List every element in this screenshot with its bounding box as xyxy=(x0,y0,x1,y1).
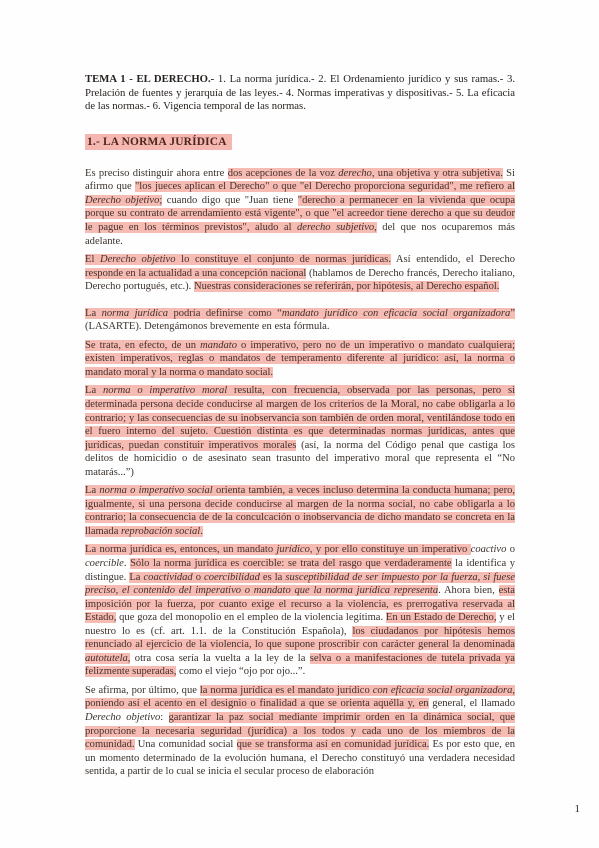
document-title: TEMA 1 - EL DERECHO.- 1. La norma jurídi… xyxy=(85,73,515,114)
highlighted-text: jurídico xyxy=(276,544,309,555)
page-number: 1 xyxy=(575,803,581,815)
highlighted-text: La xyxy=(85,308,102,319)
highlighted-text: ” xyxy=(510,308,515,319)
highlighted-text: un mandato xyxy=(223,544,277,555)
highlighted-text: La xyxy=(129,572,143,583)
highlighted-text: La norma jurídica es, entonces, xyxy=(85,544,223,555)
highlighted-text: dos acepciones de la voz xyxy=(228,168,339,179)
highlighted-text: es la xyxy=(260,572,286,583)
text-segment: general, el llamado xyxy=(429,698,515,709)
text-segment: Derecho objetivo xyxy=(85,712,160,723)
highlighted-text: derecho subjetivo xyxy=(297,222,374,233)
highlighted-text: la norma jurídica es el mandato jurídico xyxy=(200,685,373,696)
section-heading-row: 1.- LA NORMA JURÍDICA xyxy=(85,132,515,150)
highlighted-text: El xyxy=(85,254,100,265)
highlighted-text: La xyxy=(85,485,99,496)
text-segment: otra cosa sería la vuelta a la ley de la xyxy=(130,653,309,664)
highlighted-text: derecho xyxy=(338,168,372,179)
highlighted-text: Sólo la norma jurídica es coercible: se … xyxy=(130,558,452,569)
highlighted-text: En un Estado de Derecho, xyxy=(386,612,497,623)
highlighted-text: que se transforma así en comunidad juríd… xyxy=(237,739,430,750)
paragraph: La norma o imperativo social orienta tam… xyxy=(85,484,515,538)
highlighted-text: autotutela xyxy=(85,653,128,664)
text-segment: Es preciso distinguir ahora entre xyxy=(85,168,228,179)
highlighted-text: norma o imperativo social xyxy=(99,485,212,496)
document-page: TEMA 1 - EL DERECHO.- 1. La norma jurídi… xyxy=(0,0,599,848)
highlighted-text: Nuestras consideraciones se referirán, p… xyxy=(194,281,499,292)
highlighted-text: reprobación social xyxy=(121,526,200,537)
highlighted-text: podría definirse como “ xyxy=(168,308,282,319)
highlighted-text: norma jurídica xyxy=(102,308,168,319)
text-segment: cuando digo que "Juan tiene xyxy=(162,195,297,206)
highlighted-text: con eficacia social organizadora xyxy=(373,685,513,696)
highlighted-text: La xyxy=(85,385,103,396)
text-segment: (LASARTE). Detengámonos brevemente en es… xyxy=(85,321,330,332)
paragraph: El Derecho objetivo lo constituye el con… xyxy=(85,253,515,294)
text-segment: Una comunidad social xyxy=(135,739,237,750)
highlighted-text: Se trata, en efecto, de un xyxy=(85,340,200,351)
highlighted-text: Derecho objetivo xyxy=(100,254,176,265)
highlighted-text: norma o imperativo moral xyxy=(103,385,227,396)
text-segment: Se afirma, por último, que xyxy=(85,685,200,696)
text-segment: que goza del monopolio en el empleo de l… xyxy=(116,612,386,623)
text-segment: como el viejo “ojo por ojo...”. xyxy=(176,666,305,677)
paragraph: Es preciso distinguir ahora entre dos ac… xyxy=(85,167,515,248)
document-paragraphs: Es preciso distinguir ahora entre dos ac… xyxy=(85,167,515,779)
paragraph: La norma jurídica podría definirse como … xyxy=(85,307,515,334)
highlighted-text: lo constituye el conjunto de normas jurí… xyxy=(176,254,391,265)
document-content: TEMA 1 - EL DERECHO.- 1. La norma jurídi… xyxy=(85,73,515,784)
document-title-lead: TEMA 1 - EL DERECHO.- xyxy=(85,73,214,85)
text-segment: Así entendido, el Derecho xyxy=(391,254,515,265)
text-segment: : xyxy=(160,712,168,723)
highlighted-text: mandato xyxy=(200,340,237,351)
text-segment: coactivo xyxy=(471,544,507,555)
highlighted-text: o xyxy=(193,572,204,583)
highlighted-text: "los jueces aplican el Derecho" o que "e… xyxy=(135,181,515,192)
section-heading: 1.- LA NORMA JURÍDICA xyxy=(85,134,232,150)
highlighted-text: coactividad xyxy=(144,572,193,583)
paragraph: La norma jurídica es, entonces, un manda… xyxy=(85,543,515,678)
paragraph: Se afirma, por último, que la norma jurí… xyxy=(85,684,515,779)
paragraph: La norma o imperativo moral resulta, con… xyxy=(85,384,515,479)
text-segment: . Ahora bien, xyxy=(438,585,498,596)
paragraph: Se trata, en efecto, de un mandato o imp… xyxy=(85,339,515,380)
highlighted-text: Derecho objetivo xyxy=(85,195,159,206)
text-segment: coercible xyxy=(85,558,124,569)
highlighted-text: , una objetiva y otra subjetiva. xyxy=(372,168,503,179)
highlighted-text: . xyxy=(200,526,203,537)
highlighted-text: responde en la actualidad a una concepci… xyxy=(85,268,306,279)
text-segment: o xyxy=(506,544,515,555)
highlighted-text: coercibilidad xyxy=(204,572,260,583)
highlighted-text: mandato jurídico con eficacia social org… xyxy=(282,308,510,319)
highlighted-text: , y por ello constituye un imperativo xyxy=(310,544,471,555)
